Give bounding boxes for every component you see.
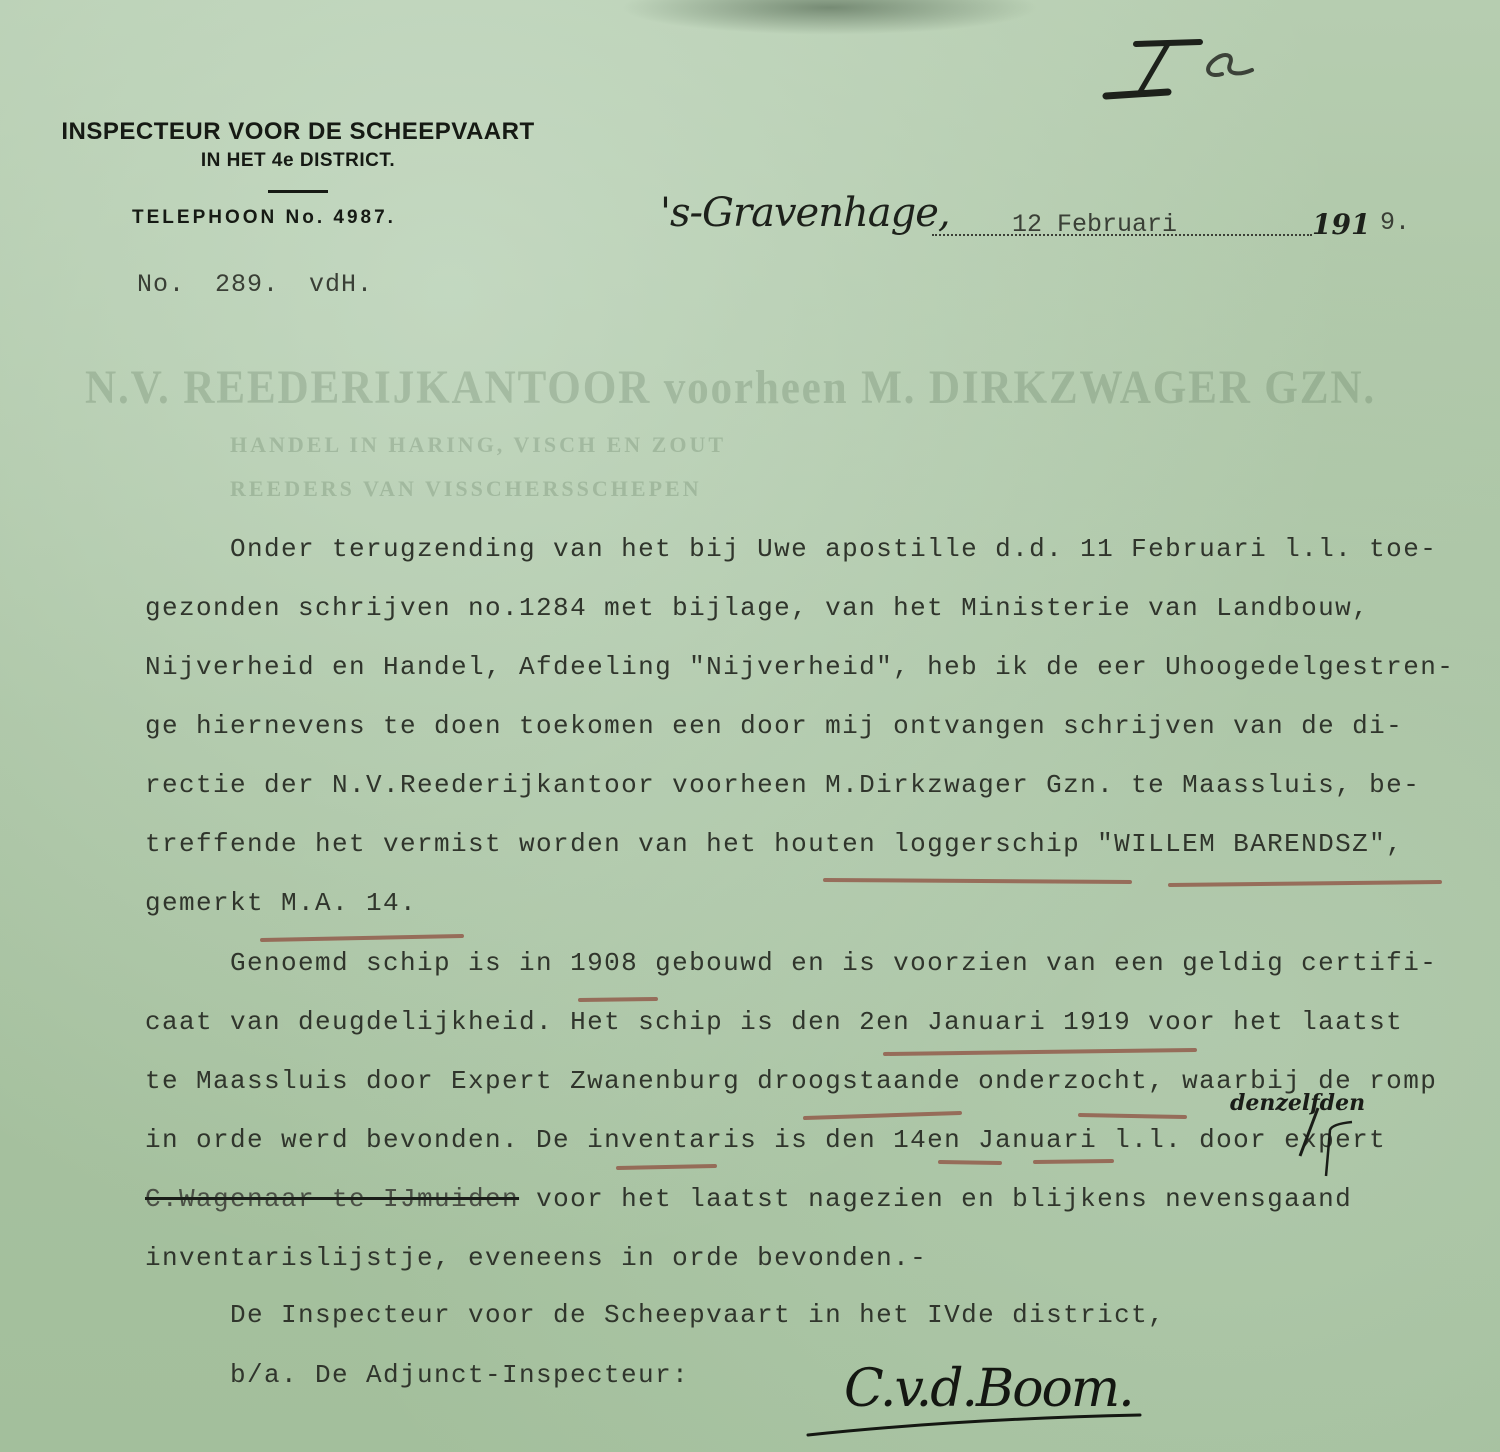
handwritten-ia-annotation xyxy=(1102,34,1262,104)
dateline-year-printed: 191 xyxy=(1312,208,1370,241)
letterhead-title: INSPECTEUR VOOR DE SCHEEPVAART xyxy=(18,118,578,146)
body-line: Onder terugzending van het bij Uwe apost… xyxy=(145,534,1437,564)
closing-title: De Inspecteur voor de Scheepvaart in het… xyxy=(230,1300,1165,1330)
body-line: ge hiernevens te doen toekomen een door … xyxy=(145,711,1403,741)
body-line: rectie der N.V.Reederijkantoor voorheen … xyxy=(145,770,1420,800)
dateline-date: 12 Februari xyxy=(1012,210,1177,239)
signature: C.v.d.Boom. xyxy=(800,1355,1160,1450)
dateline-year-typed: 9. xyxy=(1380,208,1410,237)
reference-number: No. 289. xyxy=(137,270,279,299)
body-line: gezonden schrijven no.1284 met bijlage, … xyxy=(145,593,1369,623)
body-line: gemerkt M.A. 14. xyxy=(145,888,417,918)
bleed-through-sub2: REEDERS VAN VISSCHERSSCHEPEN xyxy=(230,476,702,502)
body-line: Nijverheid en Handel, Afdeeling "Nijverh… xyxy=(145,652,1454,682)
struck-text: C.Wagenaar te IJmuiden xyxy=(145,1184,519,1214)
letterhead-telephone: TELEPHOON No. 4987. xyxy=(0,207,578,229)
body-line: treffende het vermist worden van het hou… xyxy=(145,829,1403,859)
letterhead-district: IN HET 4e DISTRICT. xyxy=(18,150,578,172)
reference-initials: vdH. xyxy=(309,270,373,299)
body-line: C.Wagenaar te IJmuiden voor het laatst n… xyxy=(145,1184,1352,1214)
letterhead: INSPECTEUR VOOR DE SCHEEPVAART IN HET 4e… xyxy=(18,118,578,229)
signature-flourish xyxy=(800,1355,1160,1450)
body-line-rest: voor het laatst nagezien en blijkens nev… xyxy=(519,1184,1352,1214)
bleed-through-heading: N.V. REEDERIJKANTOOR voorheen M. DIRKZWA… xyxy=(85,360,1376,415)
body-line: inventarislijstje, eveneens in orde bevo… xyxy=(145,1243,927,1273)
body-line: caat van deugdelijkheid. Het schip is de… xyxy=(145,1007,1403,1037)
closing-adjunct: b/a. De Adjunct-Inspecteur: xyxy=(230,1360,689,1390)
dateline: 's-Gravenhage, 12 Februari 191 9. xyxy=(660,190,1420,270)
letterhead-divider xyxy=(268,190,328,193)
dateline-city: 's-Gravenhage, xyxy=(660,190,950,236)
insertion-mark-icon xyxy=(1296,1100,1356,1180)
bleed-through-sub1: HANDEL IN HARING, VISCH EN ZOUT xyxy=(230,432,726,458)
body-line: in orde werd bevonden. De inventaris is … xyxy=(145,1125,1386,1155)
page-fold-shadow xyxy=(620,0,1040,35)
body-line: Genoemd schip is in 1908 gebouwd en is v… xyxy=(145,948,1437,978)
reference: No. 289. vdH. xyxy=(137,270,373,299)
